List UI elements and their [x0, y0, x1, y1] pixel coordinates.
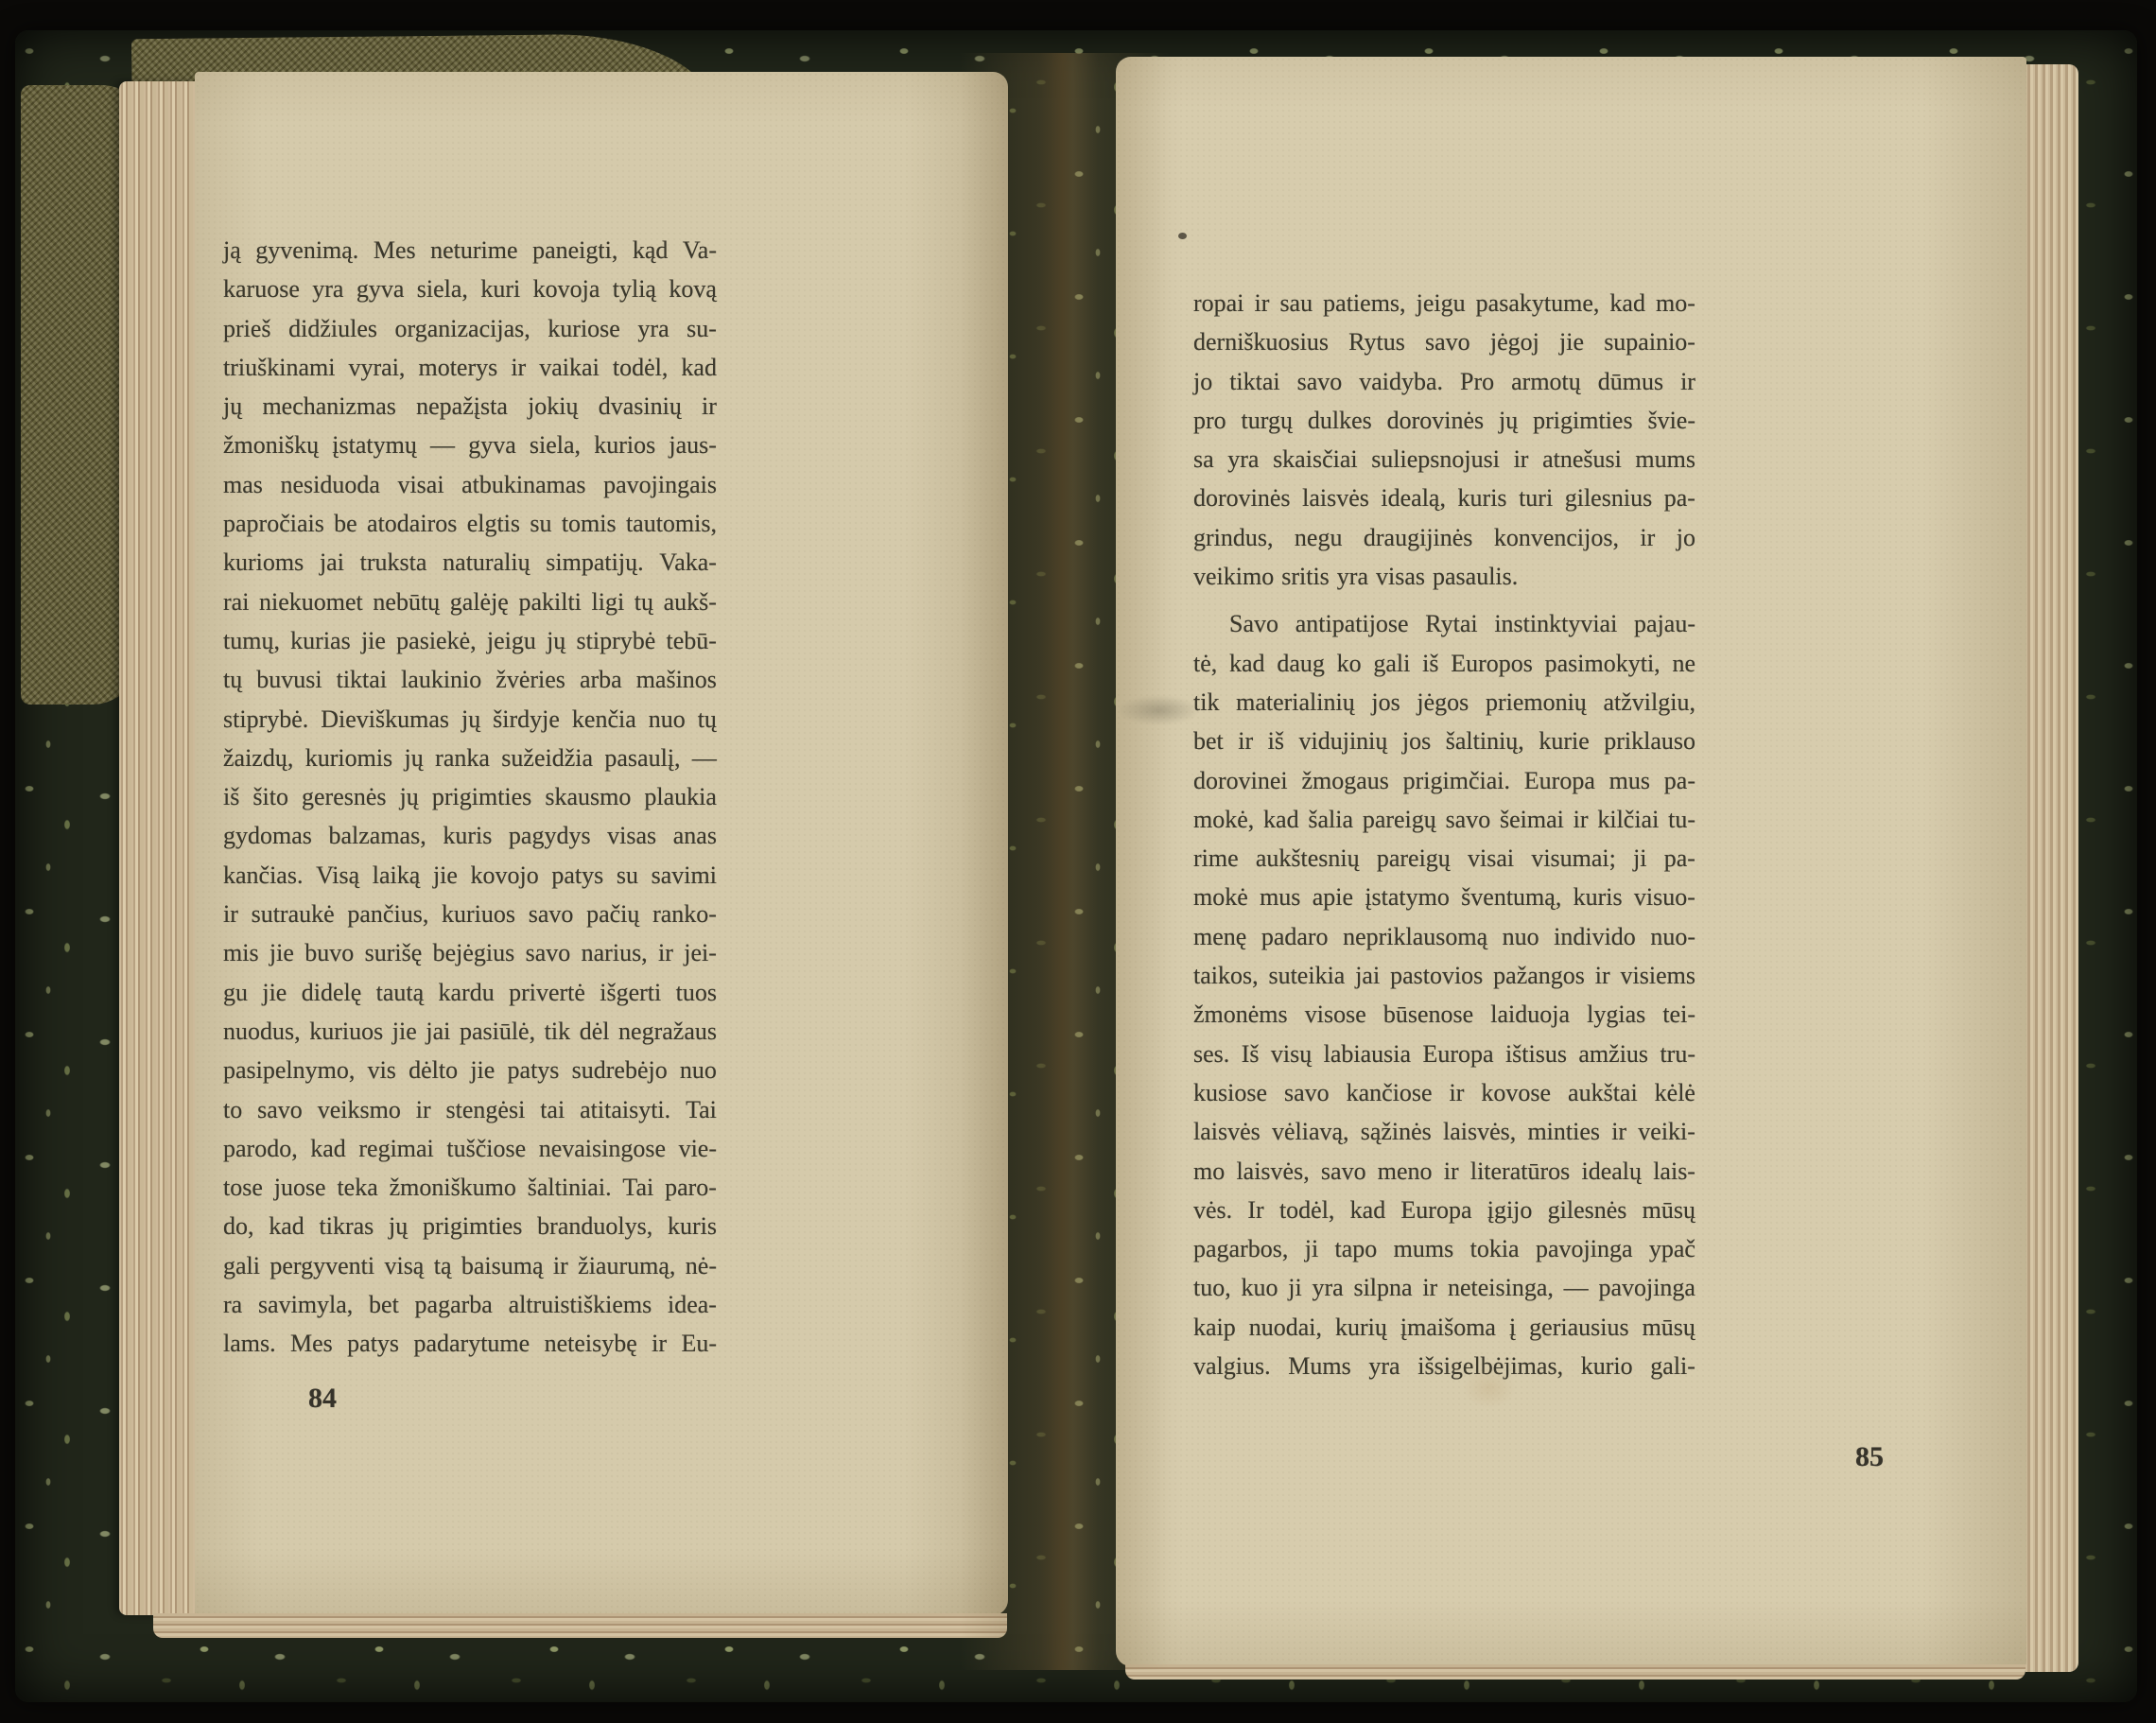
book-scan: { "colors": { "background": "#0a0907", "…	[0, 0, 2156, 1723]
text-line: jotiktaisavovaidyba.Proarmotųdūmusir	[1193, 362, 1695, 401]
text-line: tosavoveiksmoirstengėsitaiatitaisyti.Tai	[223, 1090, 717, 1129]
text-line: vės.Irtodėl,kadEuropaįgijogilesnėsmūsų	[1193, 1191, 1695, 1229]
text-line: mokėmusapieįstatymošventumą,kurisvisuo-	[1193, 878, 1695, 916]
text-line: rainiekuometnebūtųgalėjępakiltiligitųauk…	[223, 583, 717, 621]
page-edges-left	[119, 81, 199, 1615]
text-line: dorovinėslaisvėsidealą,kuristurigilesniu…	[1193, 479, 1695, 517]
text-line: žmonėmsvisosebūsenoselaiduojalygiastei-	[1193, 995, 1695, 1034]
text-line: mokė,kadšaliapareigųsavošeimaiirkilčiait…	[1193, 800, 1695, 839]
text-line: jągyvenimą.Mesneturimepaneigti,kądVa-	[223, 231, 717, 270]
right-page-number: 85	[1855, 1441, 1884, 1473]
text-line: tųbuvusitiktailaukiniožvėriesarbamašinos	[223, 660, 717, 699]
text-line: dorovineižmogausprigimčiai.Europamuspa-	[1193, 761, 1695, 800]
foxing-stain	[1456, 1362, 1522, 1414]
text-line: rimeaukštesniųpareigųvisaivisumai;jipa-	[1193, 839, 1695, 878]
text-line: žaizdų,kuriomisjųrankasužeidžiapasaulį,—	[223, 739, 717, 777]
text-line: priešdidžiulesorganizacijas,kurioseyrasu…	[223, 309, 717, 348]
ink-dot-mark	[1178, 233, 1187, 239]
text-line: žmoniškųįstatymų—gyvasiela,kuriosjaus-	[223, 426, 717, 464]
text-line: pagarbos,jitapomumstokiapavojingaypač	[1193, 1229, 1695, 1268]
text-line: gydomasbalzamas,kurispagydysvisasanas	[223, 816, 717, 855]
text-line: veikimosritisyravisaspasaulis.	[1193, 557, 1695, 596]
text-line: pasipelnymo,visdėltojiepatyssudrebėjonuo	[223, 1051, 717, 1089]
right-page-text: ropaiirsaupatiems,jeigupasakytume,kadmo-…	[1193, 284, 1695, 1385]
text-line: molaisvės,savomenoirliteratūrosidealųlai…	[1193, 1152, 1695, 1191]
text-line: sayraskaisčiaisuliepsnojusiiratnešusimum…	[1193, 440, 1695, 479]
text-line: tumų,kuriasjiepasiekė,jeigujųstiprybėteb…	[223, 621, 717, 660]
left-page-text: jągyvenimą.Mesneturimepaneigti,kądVa-kar…	[223, 231, 717, 1364]
text-line: do,kadtikrasjųprigimtiesbranduolys,kuris	[223, 1207, 717, 1245]
text-line: SavoantipatijoseRytaiinstinktyviaipajau-	[1193, 604, 1695, 643]
text-line: ropaiirsaupatiems,jeigupasakytume,kadmo-	[1193, 284, 1695, 322]
text-line: tuo,kuojiyrasilpnairneteisinga,—pavojing…	[1193, 1268, 1695, 1307]
text-line: kaipnuodai,kuriųįmaišomaįgeriausiusmūsų	[1193, 1308, 1695, 1347]
page-edges-right	[2026, 64, 2078, 1672]
text-line: irsutraukėpančius,kuriuossavopačiųranko-	[223, 895, 717, 933]
left-page-number: 84	[308, 1383, 337, 1415]
text-line: tė,kaddaugkogaliišEuropospasimokyti,ne	[1193, 644, 1695, 683]
text-line: misjiebuvosurišębejėgiussavonarius,irjei…	[223, 933, 717, 972]
text-line: parodo,kadregimaituščiosenevaisingosevie…	[223, 1129, 717, 1168]
text-line: valgius.Mumsyraišsigelbėjimas,kuriogali-	[1193, 1347, 1695, 1385]
text-line: stiprybė.Dieviškumasjųširdyjekenčianuotų	[223, 700, 717, 739]
text-line: proturgųdulkesdorovinėsjųprigimtiesšvie-	[1193, 401, 1695, 440]
text-line: jųmechanizmasnepažįstajokiųdvasiniųir	[223, 387, 717, 426]
text-line: rasavimyla,betpagarbaaltruistiškiemsidea…	[223, 1285, 717, 1324]
text-line: ses.IšvisųlabiausiaEuropaištisusamžiustr…	[1193, 1035, 1695, 1073]
text-line: papročiaisbeatodairoselgtissutomistautom…	[223, 504, 717, 543]
text-line: triuškinamivyrai,moterysirvaikaitodėl,ka…	[223, 348, 717, 387]
text-line: laisvėsvėliavą,sąžinėslaisvės,mintiesirv…	[1193, 1112, 1695, 1151]
text-line: betirišvidujiniųjosšaltinių,kuriepriklau…	[1193, 722, 1695, 760]
text-line: tosejuosetekažmoniškumošaltiniai.Taiparo…	[223, 1168, 717, 1207]
text-line: nuodus,kuriuosjiejaipasiūlė,tikdėlnegraž…	[223, 1012, 717, 1051]
page-edges-bottom-right	[1125, 1664, 2026, 1679]
text-line: gujiedidelętautąkarduprivertėišgertituos	[223, 973, 717, 1012]
text-line: masnesiduodavisaiatbukinamaspavojingais	[223, 465, 717, 504]
text-line: kuriomsjaitrukstanaturaliųsimpatijų.Vaka…	[223, 543, 717, 582]
text-line: galipergyventivisątąbaisumąiržiaurumą,nė…	[223, 1246, 717, 1285]
ink-smudge-mark	[1104, 690, 1213, 730]
text-line: karuoseyragyvasiela,kurikovojatyliąkovą	[223, 270, 717, 308]
text-line: tikmaterialiniųjosjėgospriemoniųatžvilgi…	[1193, 683, 1695, 722]
text-line: taikos,suteikiajaipastoviospažangosirvis…	[1193, 956, 1695, 995]
text-line: grindus,negudraugijinėskonvencijos,irjo	[1193, 518, 1695, 557]
text-line: kusiosesavokančioseirkovoseaukštaikėlė	[1193, 1073, 1695, 1112]
text-line: derniškuosiusRytussavojėgojjiesupainio-	[1193, 322, 1695, 361]
text-line: lams.MespatyspadarytumeneteisybęirEu-	[223, 1324, 717, 1363]
text-line: menępadaronepriklausomąnuoindividonuo-	[1193, 917, 1695, 956]
text-line: kančias.Visąlaikąjiekovojopatyssusavimi	[223, 856, 717, 895]
text-line: iššitogeresnėsjųprigimtiesskausmoplaukia	[223, 777, 717, 816]
page-edges-bottom-left	[153, 1613, 1007, 1638]
